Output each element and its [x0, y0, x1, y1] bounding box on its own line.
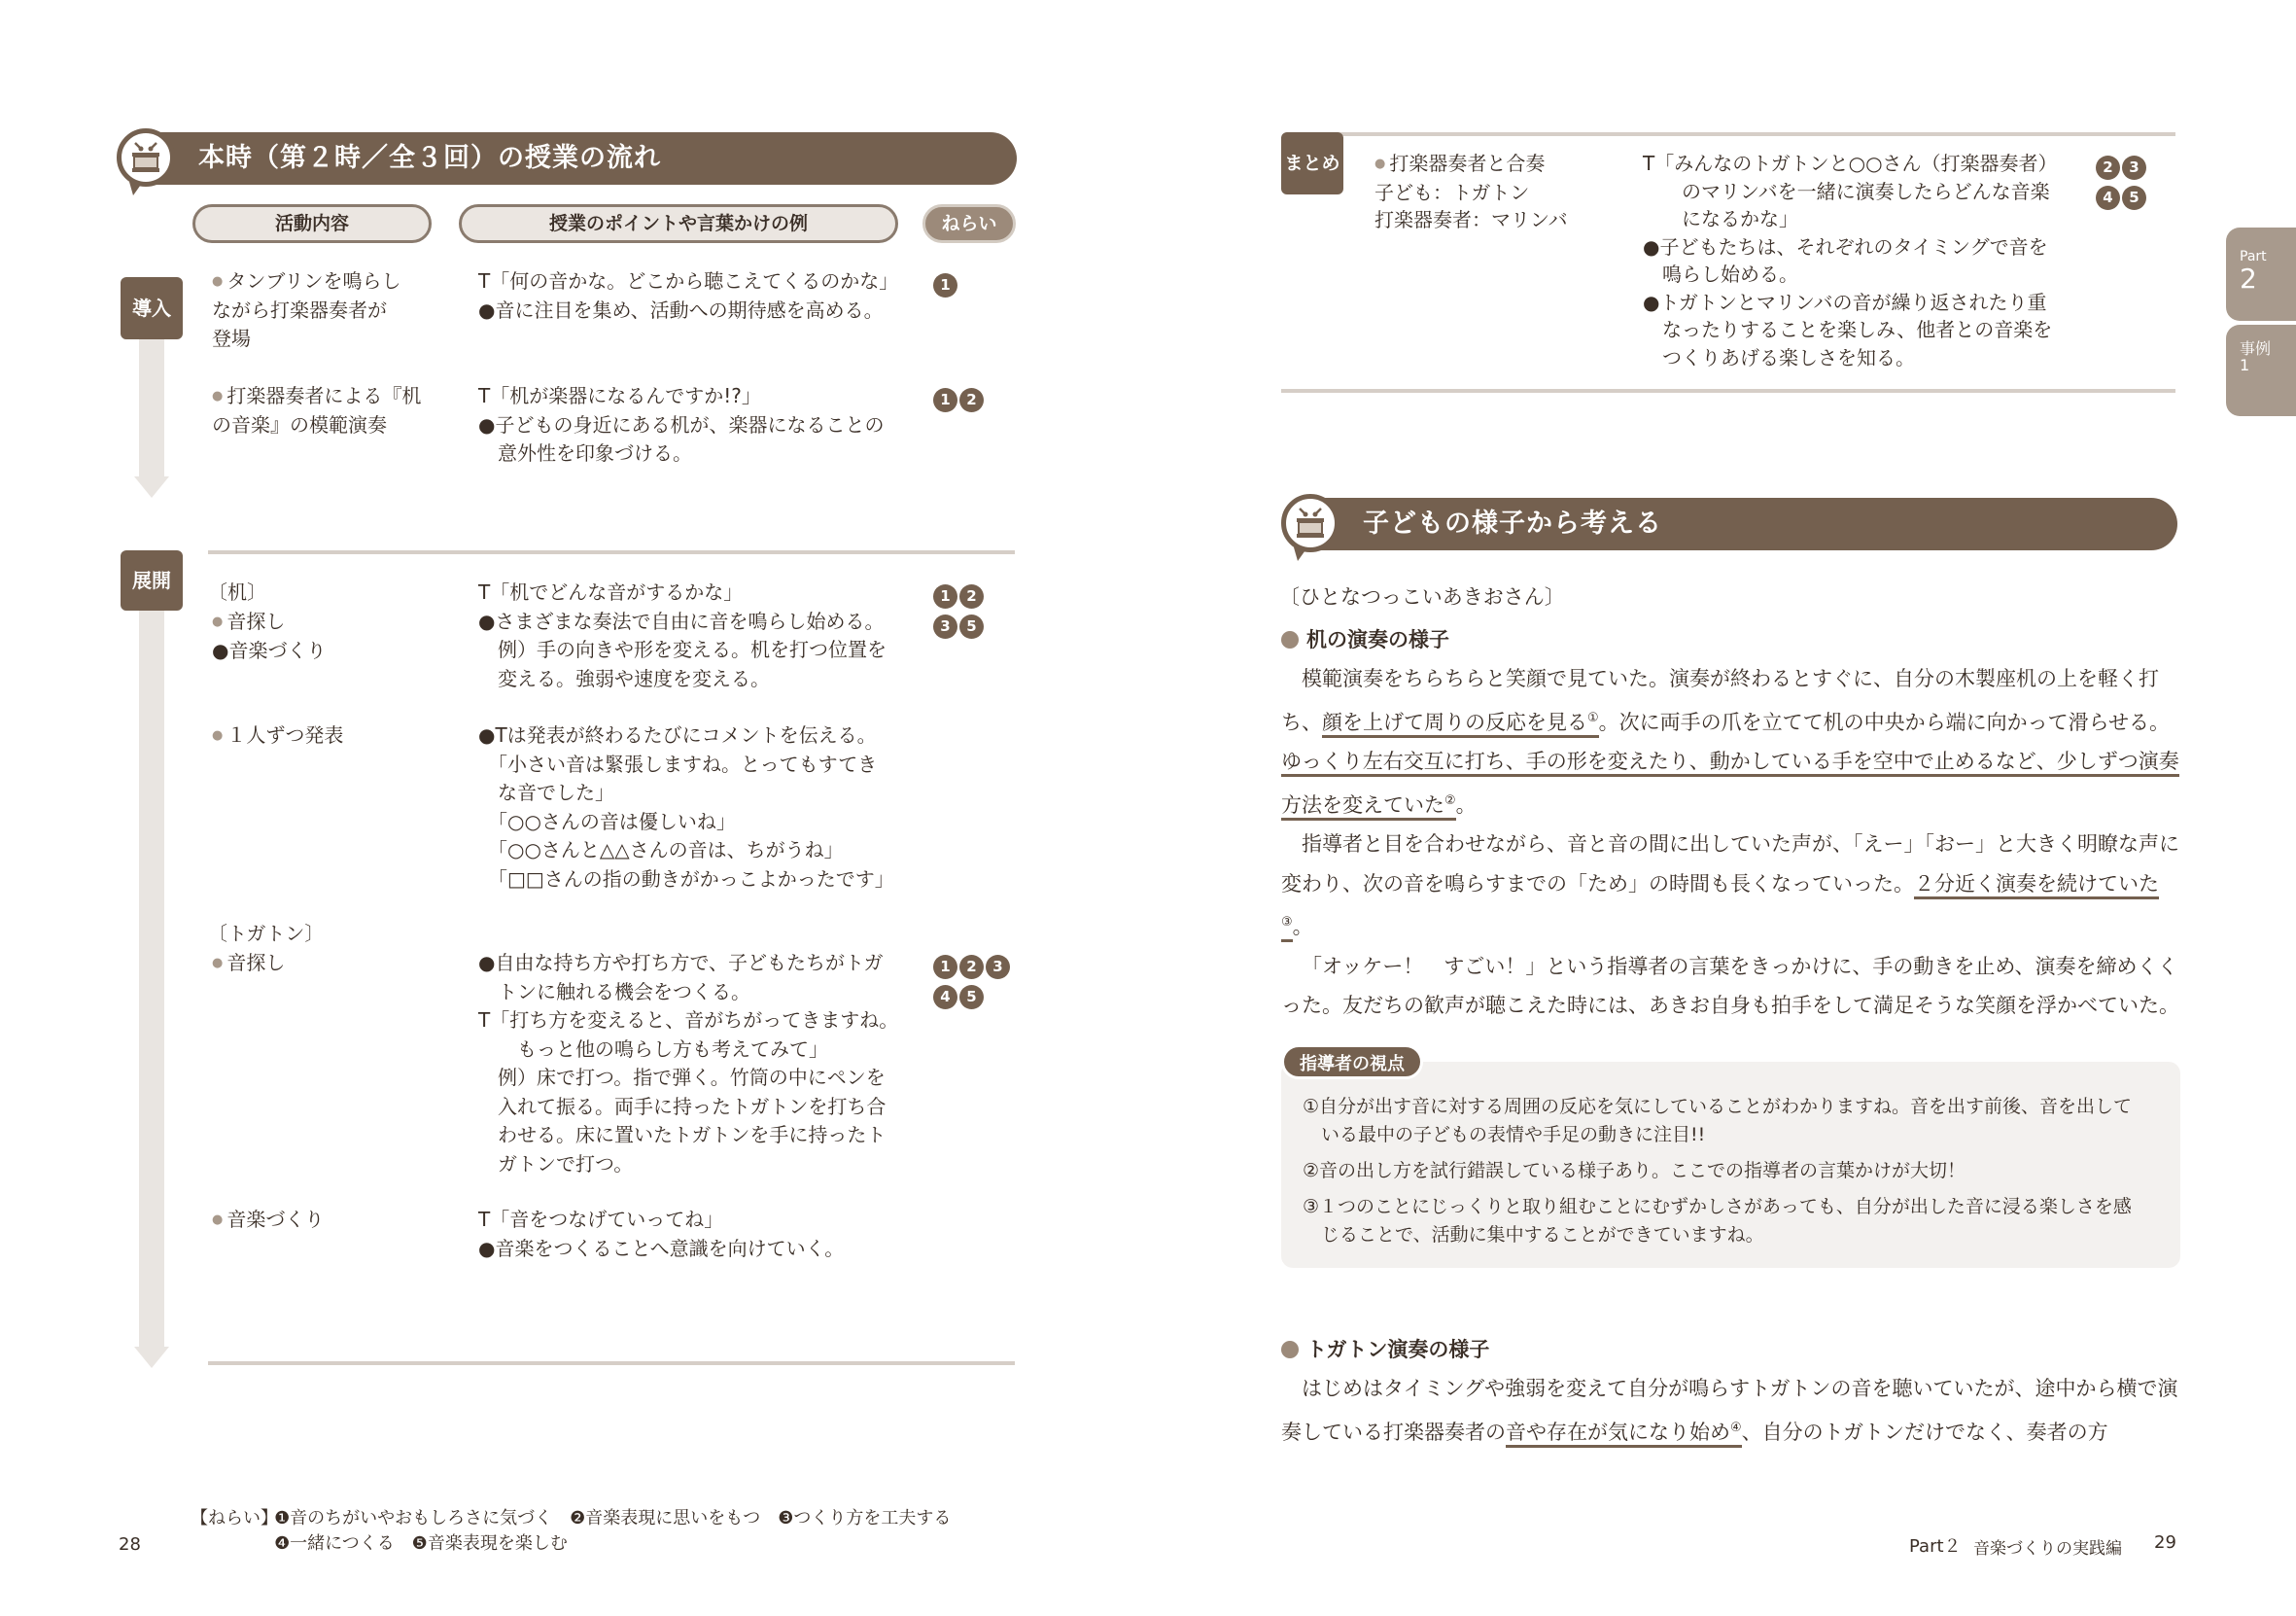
- side-tab-case[interactable]: 事例 1: [2226, 325, 2296, 416]
- page-number-left: 28: [119, 1534, 141, 1555]
- aim-badge: 2: [959, 388, 984, 412]
- section-title: 子どもの様子から考える: [1363, 498, 1662, 550]
- drum-icon: [1281, 494, 1339, 552]
- footer-title: 音楽づくりの実践編: [1973, 1534, 2122, 1559]
- aim-badge: 4: [933, 985, 957, 1009]
- part-label: Part: [2240, 249, 2296, 264]
- page-number-right: 29: [2154, 1532, 2176, 1553]
- underlined-text: 顔を上げて周りの反応を見る①: [1322, 711, 1599, 738]
- paragraph: 指導者と目を合わせながら、音と音の間に出していた声が、「えー」「おー」と大きく明…: [1281, 825, 2180, 947]
- part-number: 2: [2240, 264, 2296, 294]
- aim-badge: 5: [959, 985, 984, 1009]
- section-header-observation: 子どもの様子から考える: [1289, 498, 2177, 550]
- activity-heading: 〔机〕: [208, 579, 266, 608]
- summary-points: T「みんなのトガトンと○○さん（打楽器奏者） のマリンバを一緒に演奏したらどんな…: [1643, 150, 2058, 371]
- desk-heading: 机の演奏の様子: [1281, 624, 1449, 653]
- togaton-heading: トガトン演奏の様子: [1281, 1334, 1489, 1363]
- aim-badge: 4: [2096, 186, 2120, 210]
- activity-text: １人ずつ発表: [212, 721, 343, 751]
- arrow-down-icon: [134, 1347, 169, 1368]
- summary-activity: 打楽器奏者と合奏 子ども：トガトン 打楽器奏者：マリンバ: [1374, 150, 1568, 234]
- underlined-text: 音や存在が気になり始め④: [1506, 1421, 1742, 1448]
- arrow-down-icon: [134, 476, 169, 498]
- aim-badge: 2: [959, 584, 984, 609]
- child-name: 〔ひとなつっこいあきおさん〕: [1279, 583, 1565, 613]
- flow-bar-intro: [139, 331, 164, 476]
- divider: [208, 1361, 1015, 1365]
- aim-badge: 1: [933, 584, 957, 609]
- column-header-activity: 活動内容: [192, 204, 432, 243]
- aim-badge: 1: [933, 388, 957, 412]
- aim-badge: 2: [2096, 156, 2120, 180]
- activity-text: 音探し ●音楽づくり: [212, 608, 326, 665]
- aim-badge: 1: [933, 273, 957, 298]
- aims-badges: 1 2 3 4 5: [933, 955, 1021, 1013]
- aims-badges: 2 3 4 5: [2096, 156, 2183, 214]
- points-text: T「机でどんな音がするかな」 ●さまざまな奏法で自由に音を鳴らし始める。 例）手…: [478, 579, 887, 693]
- aim-badge: 5: [2122, 186, 2146, 210]
- aim-badge: 3: [933, 615, 957, 639]
- footnote-line-2: ❹一緒につくる ❺音楽表現を楽しむ: [274, 1530, 568, 1557]
- activity-text: 音探し: [212, 949, 285, 978]
- underlined-text: ゆっくり左右交互に打ち、手の形を変えたり、動かしている手を空中で止めるなど、少し…: [1281, 750, 2179, 821]
- aims-badges: 1 2 3 5: [933, 584, 1021, 643]
- phase-label-development: 展開: [121, 550, 183, 611]
- flow-bar-development: [139, 603, 164, 1347]
- paragraph: 模範演奏をちらちらと笑顔で見ていた。演奏が終わるとすぐに、自分の木製座机の上を軽…: [1281, 659, 2180, 825]
- viewpoint-label: 指導者の視点: [1281, 1044, 1423, 1079]
- phase-label-summary: まとめ: [1281, 132, 1343, 194]
- instructor-viewpoint-box: [1281, 1062, 2180, 1268]
- togaton-observation-text: はじめはタイミングや強弱を変えて自分が鳴らすトガトンの音を聴いていたが、途中から…: [1281, 1369, 2180, 1452]
- section-title: 本時（第２時／全３回）の授業の流れ: [198, 132, 661, 185]
- paragraph: はじめはタイミングや強弱を変えて自分が鳴らすトガトンの音を聴いていたが、途中から…: [1281, 1369, 2180, 1452]
- aims-badges: 1 2: [933, 388, 1021, 416]
- aims-badges: 1: [933, 273, 1021, 301]
- points-text: T「音をつなげていってね」 ●音楽をつくることへ意識を向けていく。: [478, 1206, 844, 1263]
- side-tab-part[interactable]: Part 2: [2226, 228, 2296, 321]
- aim-badge: 3: [986, 955, 1010, 979]
- divider: [1281, 389, 2175, 393]
- points-text: ●自由な持ち方や打ち方で、子どもたちがトガ トンに触れる機会をつくる。 T「打ち…: [478, 949, 898, 1178]
- activity-text: 打楽器奏者による『机 の音楽』の模範演奏: [212, 382, 421, 439]
- aim-badge: 1: [933, 955, 957, 979]
- column-header-aims: ねらい: [922, 204, 1016, 243]
- desk-observation-text: 模範演奏をちらちらと笑顔で見ていた。演奏が終わるとすぐに、自分の木製座机の上を軽…: [1281, 659, 2180, 1026]
- footnote-line-1: ❶音のちがいやおもしろさに気づく ❷音楽表現に思いをもつ ❸つくり方を工夫する: [274, 1505, 951, 1531]
- points-text: ●Tは発表が終わるたびにコメントを伝える。 「小さい音は緊張しますね。とってもす…: [478, 721, 894, 894]
- column-header-points: 授業のポイントや言葉かけの例: [459, 204, 898, 243]
- viewpoint-item: ①自分が出す音に対する周囲の反応を気にしていることがわかりますね。音を出す前後、…: [1303, 1093, 2132, 1149]
- aim-badge: 5: [959, 615, 984, 639]
- activity-text: タンブリンを鳴らし ながら打楽器奏者が 登場: [212, 267, 401, 354]
- aim-badge: 2: [959, 955, 984, 979]
- viewpoint-item: ②音の出し方を試行錯誤している様子あり。ここでの指導者の言葉かけが大切！: [1303, 1157, 1966, 1185]
- paragraph: 「オッケー！ すごい！」という指導者の言葉をきっかけに、手の動きを止め、演奏を締…: [1281, 947, 2180, 1026]
- activity-text: 音楽づくり: [212, 1206, 324, 1235]
- points-text: T「何の音かな。どこから聴こえてくるのかな」 ●音に注目を集め、活動への期待感を…: [478, 267, 898, 325]
- footnote-label: 【ねらい】: [191, 1505, 278, 1531]
- footer-part: Part２: [1909, 1532, 1962, 1558]
- activity-heading: 〔トガトン〕: [208, 920, 324, 949]
- aim-badge: 3: [2122, 156, 2146, 180]
- underlined-text: ２分近く演奏を続けていた③: [1281, 872, 2159, 943]
- viewpoint-item: ③１つのことにじっくりと取り組むことにむずかしさがあっても、自分が出した音に浸る…: [1303, 1193, 2132, 1249]
- points-text: T「机が楽器になるんですか!?」 ●子どもの身近にある机が、楽器になることの 意…: [478, 382, 884, 469]
- section-header-lesson-flow: 本時（第２時／全３回）の授業の流れ: [124, 132, 1017, 185]
- divider: [1324, 132, 2175, 136]
- divider: [208, 550, 1015, 554]
- phase-label-intro: 導入: [121, 277, 183, 339]
- left-page: 本時（第２時／全３回）の授業の流れ 活動内容 授業のポイントや言葉かけの例 ねら…: [0, 0, 1148, 1616]
- drum-icon: [117, 128, 175, 187]
